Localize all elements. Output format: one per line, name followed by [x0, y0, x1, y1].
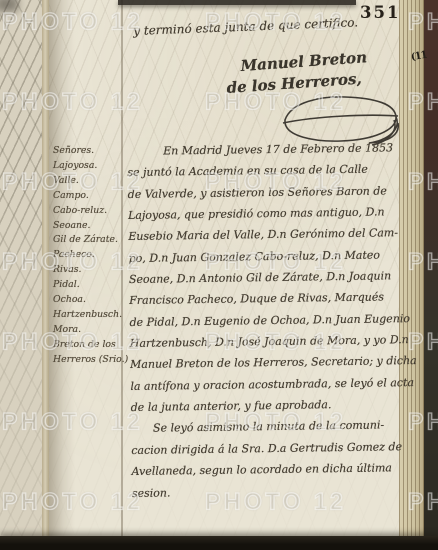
manuscript-line: la antífona y oracion acostumbrada, se l… [130, 372, 417, 397]
margin-attendee: Mora. [53, 323, 127, 338]
corner-smudge [0, 0, 18, 12]
manuscript-photo: 351 y terminó esta junta de que certific… [0, 0, 438, 550]
margin-attendees-list: Señores. Lajoyosa. Valle. Campo. Cabo-re… [53, 144, 127, 368]
margin-attendee: Breton de los [53, 338, 127, 353]
margin-attendee: Campo. [53, 189, 127, 204]
margin-attendee: Cabo-reluz. [53, 204, 127, 219]
margin-attendee: Ochoa. [53, 293, 127, 308]
margin-attendee: Rivas. [53, 263, 127, 278]
margin-attendee: Lajoyosa. [53, 159, 127, 174]
margin-header: Señores. [53, 144, 127, 159]
minutes-body-text: En Madrid Jueves 17 de Febrero de 1853 s… [127, 137, 419, 504]
margin-attendee: Gil de Zárate. [53, 233, 127, 248]
margin-attendee: Pacheco. [53, 248, 127, 263]
margin-attendee: Pidal. [53, 278, 127, 293]
page-number: 351 [360, 3, 400, 22]
manuscript-line: En Madrid Jueves 17 de Febrero de 1853 [127, 137, 414, 162]
bottom-edge-shadow [0, 536, 438, 550]
previous-page-edge [0, 0, 43, 537]
margin-attendee: Seoane. [53, 219, 127, 234]
book-cover [424, 0, 438, 550]
top-edge-shadow [118, 0, 356, 5]
manuscript-line: sesion. [132, 478, 419, 503]
margin-attendee: Valle. [53, 174, 127, 189]
margin-attendee: Herreros (Srio.) [53, 353, 127, 368]
manuscript-line: Avellaneda, segun lo acordado en dicha ú… [131, 457, 418, 482]
margin-attendee: Hartzenbusch. [53, 308, 127, 323]
